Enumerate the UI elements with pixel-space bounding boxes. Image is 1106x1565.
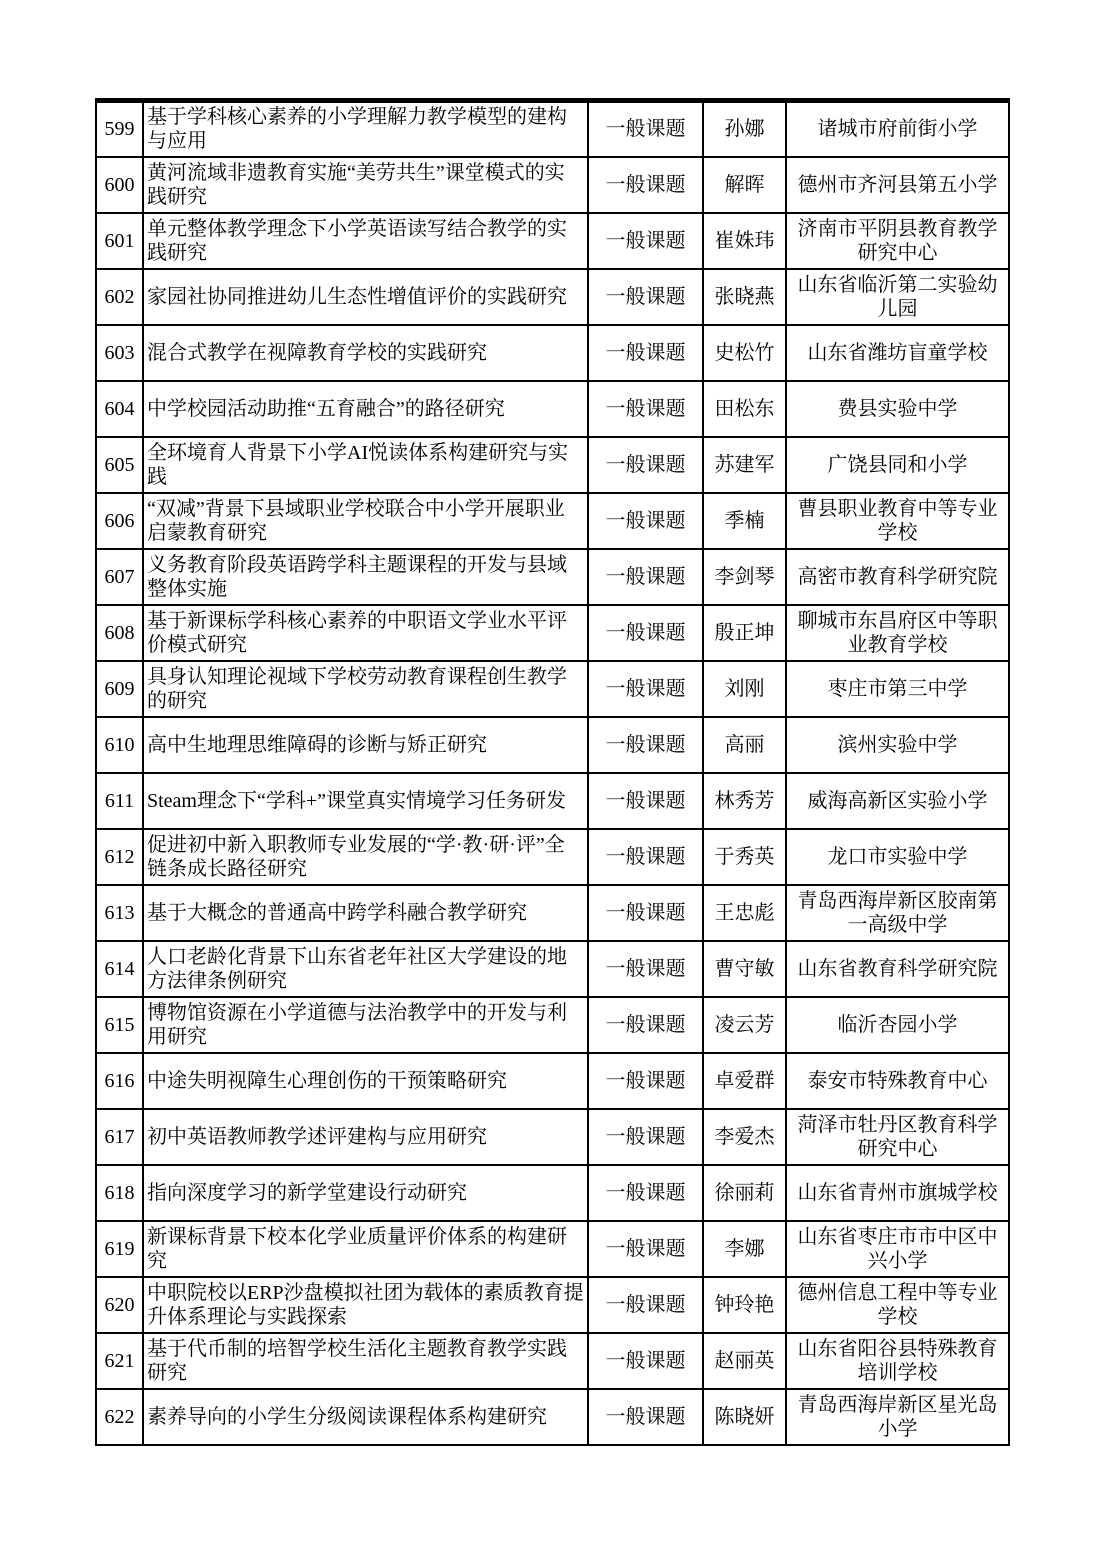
category-cell: 一般课题 [588, 1333, 703, 1389]
category-cell: 一般课题 [588, 1221, 703, 1277]
leader-name-cell: 林秀芳 [703, 773, 786, 829]
project-title-cell: 人口老龄化背景下山东省老年社区大学建设的地方法律条例研究 [143, 941, 588, 997]
category-cell: 一般课题 [588, 101, 703, 157]
project-title-cell: 基于学科核心素养的小学理解力教学模型的建构与应用 [143, 101, 588, 157]
institution-cell: 山东省阳谷县特殊教育培训学校 [786, 1333, 1009, 1389]
table-row: 622素养导向的小学生分级阅读课程体系构建研究一般课题陈晓妍青岛西海岸新区星光岛… [96, 1389, 1009, 1445]
leader-name-cell: 曹守敏 [703, 941, 786, 997]
row-number-cell: 604 [96, 381, 143, 437]
table-row: 613基于大概念的普通高中跨学科融合教学研究一般课题王忠彪青岛西海岸新区胶南第一… [96, 885, 1009, 941]
row-number-cell: 610 [96, 717, 143, 773]
document-page: 599基于学科核心素养的小学理解力教学模型的建构与应用一般课题孙娜诸城市府前街小… [0, 0, 1106, 1565]
project-title-cell: 基于代币制的培智学校生活化主题教育教学实践研究 [143, 1333, 588, 1389]
table-row: 603混合式教学在视障教育学校的实践研究一般课题史松竹山东省潍坊盲童学校 [96, 325, 1009, 381]
row-number-cell: 608 [96, 605, 143, 661]
project-title-cell: 混合式教学在视障教育学校的实践研究 [143, 325, 588, 381]
row-number-cell: 613 [96, 885, 143, 941]
category-cell: 一般课题 [588, 661, 703, 717]
row-number-cell: 600 [96, 157, 143, 213]
leader-name-cell: 钟玲艳 [703, 1277, 786, 1333]
institution-cell: 青岛西海岸新区胶南第一高级中学 [786, 885, 1009, 941]
institution-cell: 山东省青州市旗城学校 [786, 1165, 1009, 1221]
leader-name-cell: 凌云芳 [703, 997, 786, 1053]
table-row: 607义务教育阶段英语跨学科主题课程的开发与县域整体实施一般课题李剑琴高密市教育… [96, 549, 1009, 605]
table-row: 617初中英语教师教学述评建构与应用研究一般课题李爱杰菏泽市牡丹区教育科学研究中… [96, 1109, 1009, 1165]
category-cell: 一般课题 [588, 1109, 703, 1165]
row-number-cell: 601 [96, 213, 143, 269]
category-cell: 一般课题 [588, 549, 703, 605]
institution-cell: 诸城市府前街小学 [786, 101, 1009, 157]
table-row: 615博物馆资源在小学道德与法治教学中的开发与利用研究一般课题凌云芳临沂杏园小学 [96, 997, 1009, 1053]
category-cell: 一般课题 [588, 829, 703, 885]
project-title-cell: 中学校园活动助推“五育融合”的路径研究 [143, 381, 588, 437]
category-cell: 一般课题 [588, 997, 703, 1053]
project-title-cell: 黄河流域非遗教育实施“美劳共生”课堂模式的实践研究 [143, 157, 588, 213]
project-title-cell: 家园社协同推进幼儿生态性增值评价的实践研究 [143, 269, 588, 325]
table-row: 621基于代币制的培智学校生活化主题教育教学实践研究一般课题赵丽英山东省阳谷县特… [96, 1333, 1009, 1389]
project-title-cell: 新课标背景下校本化学业质量评价体系的构建研究 [143, 1221, 588, 1277]
category-cell: 一般课题 [588, 381, 703, 437]
table-row: 616中途失明视障生心理创伤的干预策略研究一般课题卓爱群泰安市特殊教育中心 [96, 1053, 1009, 1109]
leader-name-cell: 赵丽英 [703, 1333, 786, 1389]
institution-cell: 山东省临沂第二实验幼儿园 [786, 269, 1009, 325]
table-body: 599基于学科核心素养的小学理解力教学模型的建构与应用一般课题孙娜诸城市府前街小… [96, 101, 1009, 1445]
row-number-cell: 599 [96, 101, 143, 157]
institution-cell: 济南市平阴县教育教学研究中心 [786, 213, 1009, 269]
category-cell: 一般课题 [588, 1389, 703, 1445]
row-number-cell: 602 [96, 269, 143, 325]
category-cell: 一般课题 [588, 941, 703, 997]
leader-name-cell: 张晓燕 [703, 269, 786, 325]
row-number-cell: 607 [96, 549, 143, 605]
project-title-cell: 初中英语教师教学述评建构与应用研究 [143, 1109, 588, 1165]
row-number-cell: 611 [96, 773, 143, 829]
row-number-cell: 620 [96, 1277, 143, 1333]
institution-cell: 青岛西海岸新区星光岛小学 [786, 1389, 1009, 1445]
leader-name-cell: 卓爱群 [703, 1053, 786, 1109]
row-number-cell: 612 [96, 829, 143, 885]
institution-cell: 德州市齐河县第五小学 [786, 157, 1009, 213]
table-row: 618指向深度学习的新学堂建设行动研究一般课题徐丽莉山东省青州市旗城学校 [96, 1165, 1009, 1221]
row-number-cell: 614 [96, 941, 143, 997]
table-row: 605全环境育人背景下小学AI悦读体系构建研究与实践一般课题苏建军广饶县同和小学 [96, 437, 1009, 493]
leader-name-cell: 高丽 [703, 717, 786, 773]
category-cell: 一般课题 [588, 157, 703, 213]
row-number-cell: 606 [96, 493, 143, 549]
leader-name-cell: 苏建军 [703, 437, 786, 493]
project-title-cell: 中途失明视障生心理创伤的干预策略研究 [143, 1053, 588, 1109]
category-cell: 一般课题 [588, 605, 703, 661]
project-title-cell: 基于新课标学科核心素养的中职语文学业水平评价模式研究 [143, 605, 588, 661]
row-number-cell: 618 [96, 1165, 143, 1221]
row-number-cell: 621 [96, 1333, 143, 1389]
institution-cell: 菏泽市牡丹区教育科学研究中心 [786, 1109, 1009, 1165]
institution-cell: 广饶县同和小学 [786, 437, 1009, 493]
category-cell: 一般课题 [588, 717, 703, 773]
project-title-cell: 素养导向的小学生分级阅读课程体系构建研究 [143, 1389, 588, 1445]
leader-name-cell: 徐丽莉 [703, 1165, 786, 1221]
category-cell: 一般课题 [588, 1277, 703, 1333]
project-title-cell: 基于大概念的普通高中跨学科融合教学研究 [143, 885, 588, 941]
table-row: 619新课标背景下校本化学业质量评价体系的构建研究一般课题李娜山东省枣庄市市中区… [96, 1221, 1009, 1277]
category-cell: 一般课题 [588, 325, 703, 381]
table-row: 614人口老龄化背景下山东省老年社区大学建设的地方法律条例研究一般课题曹守敏山东… [96, 941, 1009, 997]
project-title-cell: 全环境育人背景下小学AI悦读体系构建研究与实践 [143, 437, 588, 493]
table-row: 610高中生地理思维障碍的诊断与矫正研究一般课题高丽滨州实验中学 [96, 717, 1009, 773]
category-cell: 一般课题 [588, 213, 703, 269]
institution-cell: 龙口市实验中学 [786, 829, 1009, 885]
table-row: 599基于学科核心素养的小学理解力教学模型的建构与应用一般课题孙娜诸城市府前街小… [96, 101, 1009, 157]
institution-cell: 费县实验中学 [786, 381, 1009, 437]
project-title-cell: 指向深度学习的新学堂建设行动研究 [143, 1165, 588, 1221]
category-cell: 一般课题 [588, 885, 703, 941]
institution-cell: 德州信息工程中等专业学校 [786, 1277, 1009, 1333]
leader-name-cell: 崔姝玮 [703, 213, 786, 269]
project-list-table: 599基于学科核心素养的小学理解力教学模型的建构与应用一般课题孙娜诸城市府前街小… [95, 98, 1010, 1446]
leader-name-cell: 李娜 [703, 1221, 786, 1277]
leader-name-cell: 田松东 [703, 381, 786, 437]
leader-name-cell: 李剑琴 [703, 549, 786, 605]
table-row: 601单元整体教学理念下小学英语读写结合教学的实践研究一般课题崔姝玮济南市平阴县… [96, 213, 1009, 269]
leader-name-cell: 史松竹 [703, 325, 786, 381]
leader-name-cell: 殷正坤 [703, 605, 786, 661]
project-title-cell: 义务教育阶段英语跨学科主题课程的开发与县域整体实施 [143, 549, 588, 605]
table-row: 600黄河流域非遗教育实施“美劳共生”课堂模式的实践研究一般课题解晖德州市齐河县… [96, 157, 1009, 213]
row-number-cell: 622 [96, 1389, 143, 1445]
leader-name-cell: 刘刚 [703, 661, 786, 717]
project-title-cell: 单元整体教学理念下小学英语读写结合教学的实践研究 [143, 213, 588, 269]
institution-cell: 山东省枣庄市市中区中兴小学 [786, 1221, 1009, 1277]
table-row: 608基于新课标学科核心素养的中职语文学业水平评价模式研究一般课题殷正坤聊城市东… [96, 605, 1009, 661]
institution-cell: 临沂杏园小学 [786, 997, 1009, 1053]
row-number-cell: 615 [96, 997, 143, 1053]
leader-name-cell: 于秀英 [703, 829, 786, 885]
leader-name-cell: 解晖 [703, 157, 786, 213]
category-cell: 一般课题 [588, 1053, 703, 1109]
row-number-cell: 616 [96, 1053, 143, 1109]
category-cell: 一般课题 [588, 493, 703, 549]
leader-name-cell: 李爱杰 [703, 1109, 786, 1165]
project-title-cell: 中职院校以ERP沙盘模拟社团为载体的素质教育提升体系理论与实践探索 [143, 1277, 588, 1333]
category-cell: 一般课题 [588, 269, 703, 325]
leader-name-cell: 孙娜 [703, 101, 786, 157]
table-row: 604中学校园活动助推“五育融合”的路径研究一般课题田松东费县实验中学 [96, 381, 1009, 437]
project-title-cell: 高中生地理思维障碍的诊断与矫正研究 [143, 717, 588, 773]
category-cell: 一般课题 [588, 1165, 703, 1221]
leader-name-cell: 陈晓妍 [703, 1389, 786, 1445]
row-number-cell: 609 [96, 661, 143, 717]
institution-cell: 山东省教育科学研究院 [786, 941, 1009, 997]
table-row: 611Steam理念下“学科+”课堂真实情境学习任务研发一般课题林秀芳威海高新区… [96, 773, 1009, 829]
institution-cell: 高密市教育科学研究院 [786, 549, 1009, 605]
table-row: 609具身认知理论视域下学校劳动教育课程创生教学的研究一般课题刘刚枣庄市第三中学 [96, 661, 1009, 717]
institution-cell: 聊城市东昌府区中等职业教育学校 [786, 605, 1009, 661]
table-row: 606“双减”背景下县域职业学校联合中小学开展职业启蒙教育研究一般课题季楠曹县职… [96, 493, 1009, 549]
table-row: 620中职院校以ERP沙盘模拟社团为载体的素质教育提升体系理论与实践探索一般课题… [96, 1277, 1009, 1333]
project-title-cell: “双减”背景下县域职业学校联合中小学开展职业启蒙教育研究 [143, 493, 588, 549]
row-number-cell: 617 [96, 1109, 143, 1165]
institution-cell: 威海高新区实验小学 [786, 773, 1009, 829]
project-title-cell: Steam理念下“学科+”课堂真实情境学习任务研发 [143, 773, 588, 829]
table-row: 602家园社协同推进幼儿生态性增值评价的实践研究一般课题张晓燕山东省临沂第二实验… [96, 269, 1009, 325]
institution-cell: 枣庄市第三中学 [786, 661, 1009, 717]
institution-cell: 曹县职业教育中等专业学校 [786, 493, 1009, 549]
category-cell: 一般课题 [588, 437, 703, 493]
institution-cell: 山东省潍坊盲童学校 [786, 325, 1009, 381]
category-cell: 一般课题 [588, 773, 703, 829]
row-number-cell: 619 [96, 1221, 143, 1277]
leader-name-cell: 季楠 [703, 493, 786, 549]
institution-cell: 滨州实验中学 [786, 717, 1009, 773]
table-row: 612促进初中新入职教师专业发展的“学·教·研·评”全链条成长路径研究一般课题于… [96, 829, 1009, 885]
institution-cell: 泰安市特殊教育中心 [786, 1053, 1009, 1109]
project-title-cell: 促进初中新入职教师专业发展的“学·教·研·评”全链条成长路径研究 [143, 829, 588, 885]
row-number-cell: 605 [96, 437, 143, 493]
project-title-cell: 博物馆资源在小学道德与法治教学中的开发与利用研究 [143, 997, 588, 1053]
project-title-cell: 具身认知理论视域下学校劳动教育课程创生教学的研究 [143, 661, 588, 717]
row-number-cell: 603 [96, 325, 143, 381]
leader-name-cell: 王忠彪 [703, 885, 786, 941]
